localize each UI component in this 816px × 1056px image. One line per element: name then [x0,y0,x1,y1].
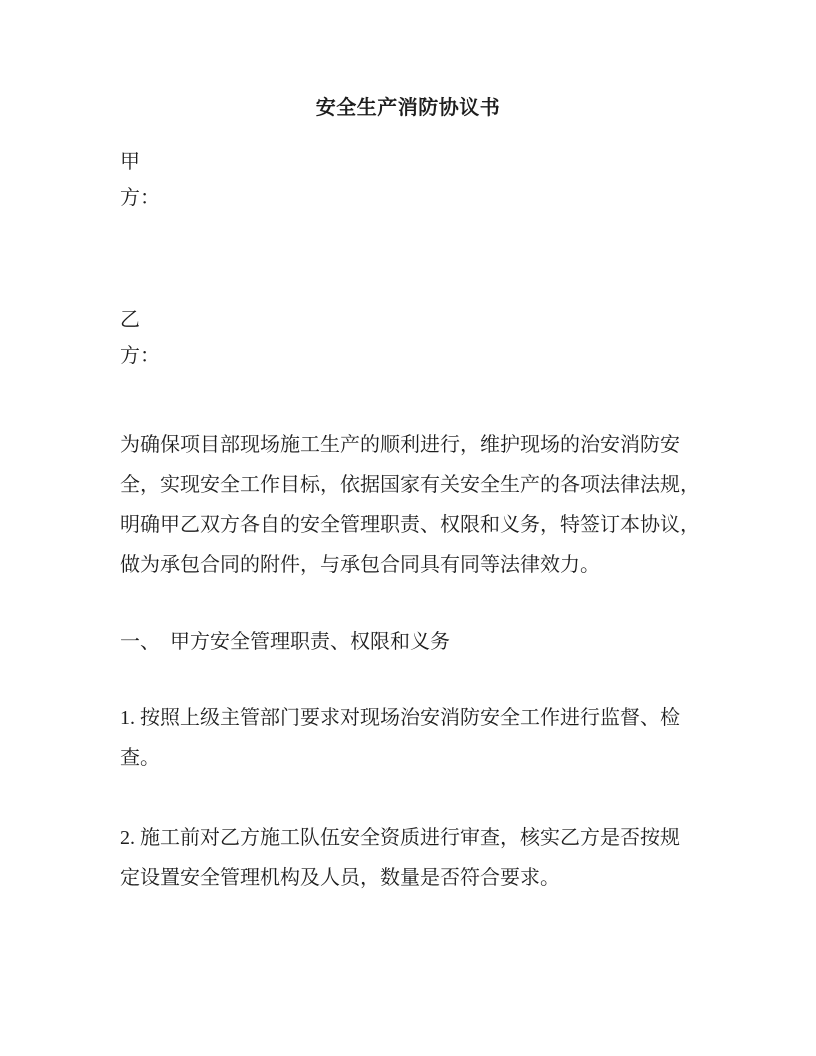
document-page: 安全生产消防协议书 甲 方： 乙 方： 为确保项目部现场施工生产的顺利进行，维护… [0,0,816,1056]
party-a-line-2: 方： [120,180,700,216]
section1-item-2: 2. 施工前对乙方施工队伍安全资质进行审查，核实乙方是否按规 定设置安全管理机构… [120,818,700,898]
intro-paragraph: 为确保项目部现场施工生产的顺利进行，维护现场的治安消防安 全，实现安全工作目标，… [120,425,700,585]
party-a-block: 甲 方： [120,144,700,216]
intro-line-1: 为确保项目部现场施工生产的顺利进行，维护现场的治安消防安 [120,425,700,465]
section1-heading: 一、 甲方安全管理职责、权限和义务 [120,622,700,662]
party-a-line-1: 甲 [120,144,700,180]
intro-line-4: 做为承包合同的附件，与承包合同具有同等法律效力。 [120,545,700,585]
party-b-block: 乙 方： [120,302,700,374]
item2-line-2: 定设置安全管理机构及人员，数量是否符合要求。 [120,858,700,898]
intro-line-2: 全，实现安全工作目标，依据国家有关安全生产的各项法律法规， [120,465,700,505]
intro-line-3: 明确甲乙双方各自的安全管理职责、权限和义务，特签订本协议， [120,505,700,545]
party-b-line-1: 乙 [120,302,700,338]
item1-line-1: 1. 按照上级主管部门要求对现场治安消防安全工作进行监督、检 [120,698,700,738]
party-b-line-2: 方： [120,338,700,374]
item2-line-1: 2. 施工前对乙方施工队伍安全资质进行审查，核实乙方是否按规 [120,818,700,858]
item1-line-2: 查。 [120,738,700,778]
document-title: 安全生产消防协议书 [0,93,816,123]
section1-item-1: 1. 按照上级主管部门要求对现场治安消防安全工作进行监督、检 查。 [120,698,700,778]
